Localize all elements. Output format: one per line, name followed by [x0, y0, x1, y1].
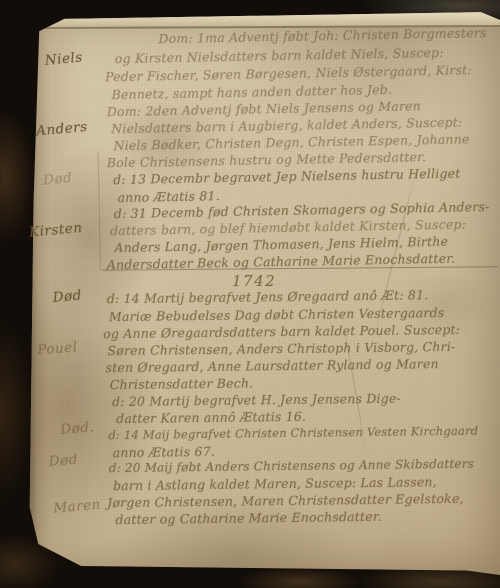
- register-line: anno Ætatis 67.: [113, 444, 216, 460]
- register-line: Mariæ Bebudelses Dag døbt Christen Veste…: [109, 305, 445, 324]
- register-line: og Anne Øregaardsdatters barn kaldet Pou…: [103, 322, 460, 341]
- register-line: sten Øregaard, Anne Laursdatter Ryland o…: [106, 356, 439, 375]
- margin-status-label: Død.: [60, 419, 95, 438]
- margin-status-label: Død: [52, 287, 82, 305]
- register-line: d: 14 Maij begrafvet Christen Christense…: [108, 424, 478, 443]
- margin-status-label: Død: [48, 452, 78, 470]
- register-line: d: 14 Martij begrafvet Jens Øregaard anô…: [107, 287, 429, 306]
- register-line: barn i Astlang kaldet Maren, Suscep: Las…: [113, 474, 437, 493]
- register-line: Christensdatter Bech.: [110, 375, 254, 392]
- register-line: datter Karen annô Ætatis 16.: [116, 409, 306, 426]
- manuscript-photo: Niels Anders Død Kirsten Dom: 1ma Advent…: [0, 0, 500, 588]
- register-line: datter og Catharine Marie Enochsdatter.: [115, 509, 381, 527]
- margin-child-name: Maren: [53, 497, 102, 517]
- register-line: Jørgen Christensen, Maren Christensdatte…: [107, 491, 464, 510]
- margin-child-name: Pouel: [37, 339, 78, 358]
- entries-lower-section: Død Pouel Død. Død Maren d: 14 Martij be…: [0, 0, 500, 588]
- register-line: d: 20 Martij begrafvet H. Jens Jensens D…: [112, 391, 401, 410]
- register-line: Søren Christensen, Anders Christoph i Vi…: [107, 339, 455, 358]
